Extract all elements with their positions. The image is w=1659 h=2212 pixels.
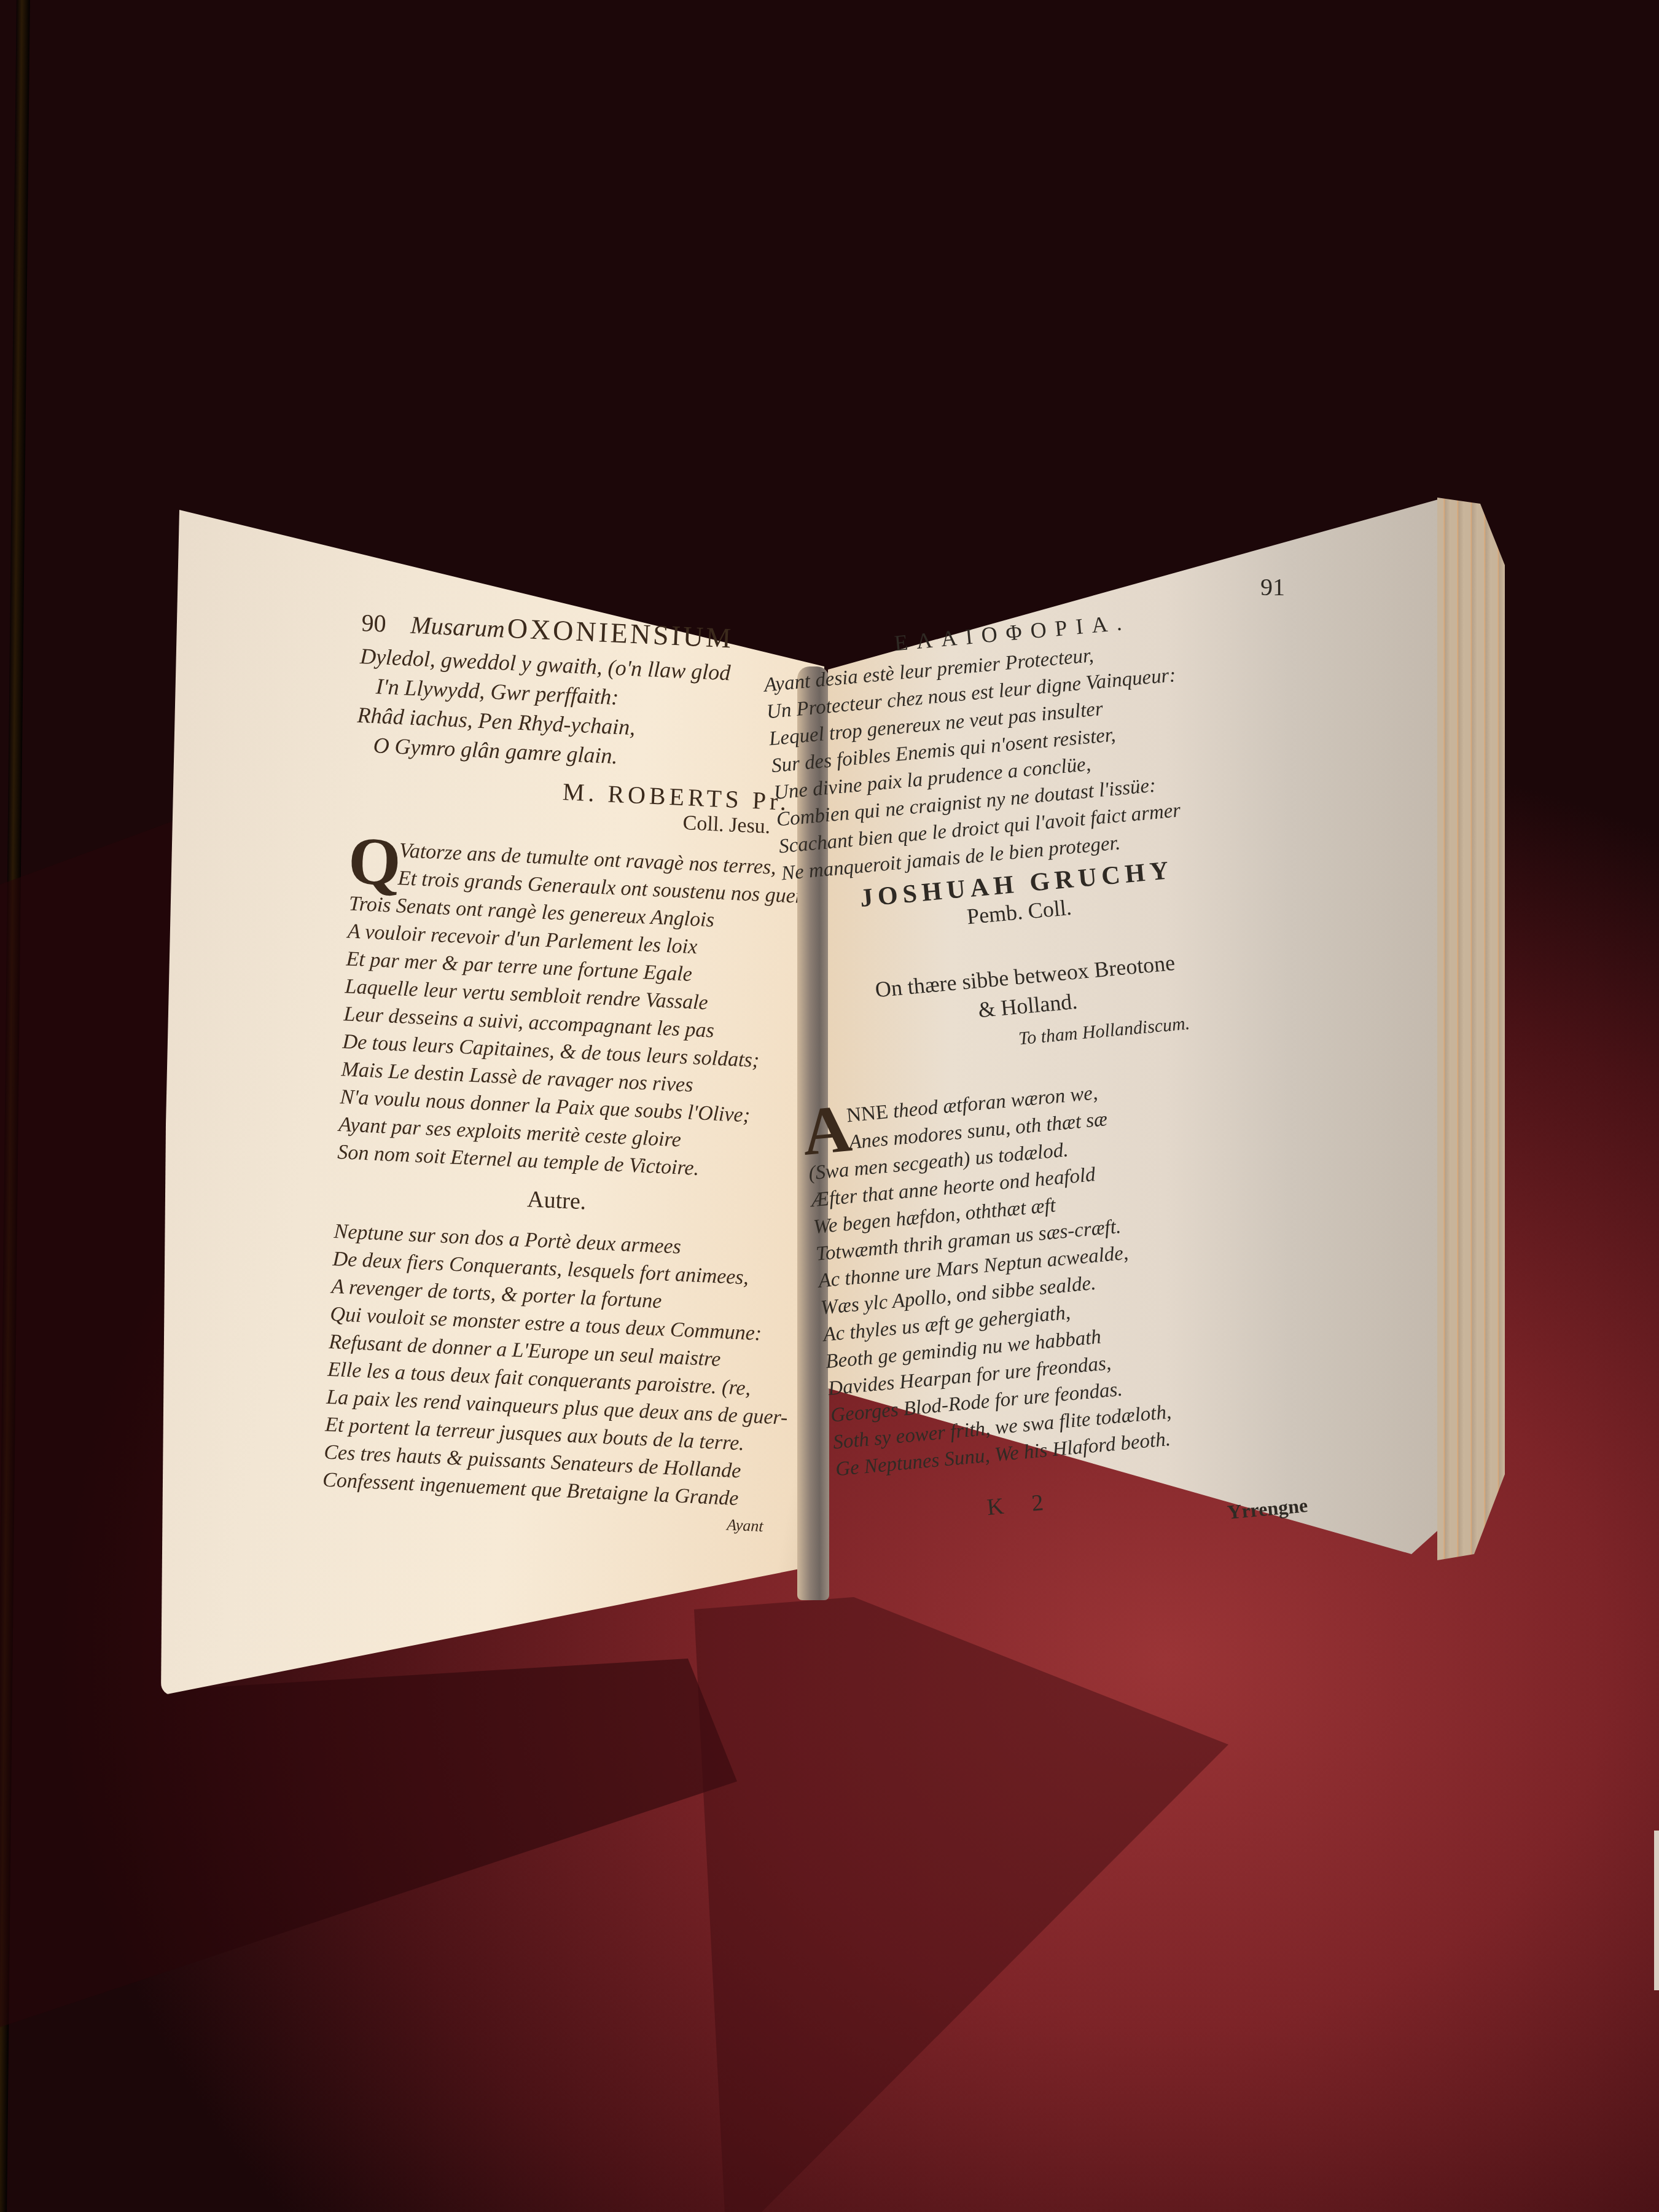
- adjacent-object-edge: [1654, 1831, 1659, 1990]
- page-number-right: 91: [1260, 573, 1285, 601]
- right-page-text: ΕΛΑΙΟΦΟΡΙΑ. Ayant desia estè leur premie…: [760, 600, 1306, 1534]
- photo-scene: 90 Musarum OXONIENSIUM Dyledol, gweddol …: [0, 0, 1659, 2212]
- running-head-italic: Musarum: [410, 611, 506, 643]
- french-verses-continued: Ayant desia estè leur premier Protecteur…: [763, 630, 1247, 887]
- page-number-left: 90: [361, 608, 387, 638]
- drop-capital: Q: [347, 829, 402, 893]
- drop-capital: A: [800, 1097, 854, 1163]
- running-head-caps: OXONIENSIUM: [507, 612, 734, 654]
- left-page-text: 90 Musarum OXONIENSIUM Dyledol, gweddol …: [321, 605, 805, 1536]
- welsh-verses: Dyledol, gweddol y gwaith, (o'n llaw glo…: [356, 641, 803, 779]
- small-caps-opening: NNE: [846, 1101, 889, 1127]
- section-title-autre: Autre.: [335, 1177, 778, 1224]
- page-edges-stack: [1437, 491, 1505, 1560]
- french-poem-2: Neptune sur son dos a Portè deux armees …: [322, 1217, 776, 1514]
- french-poem-1: Q Vatorze ans de tumulte ont ravagè nos …: [337, 835, 794, 1186]
- old-english-poem: A NNE theod ætforan wæron we, Anes modor…: [803, 1064, 1302, 1483]
